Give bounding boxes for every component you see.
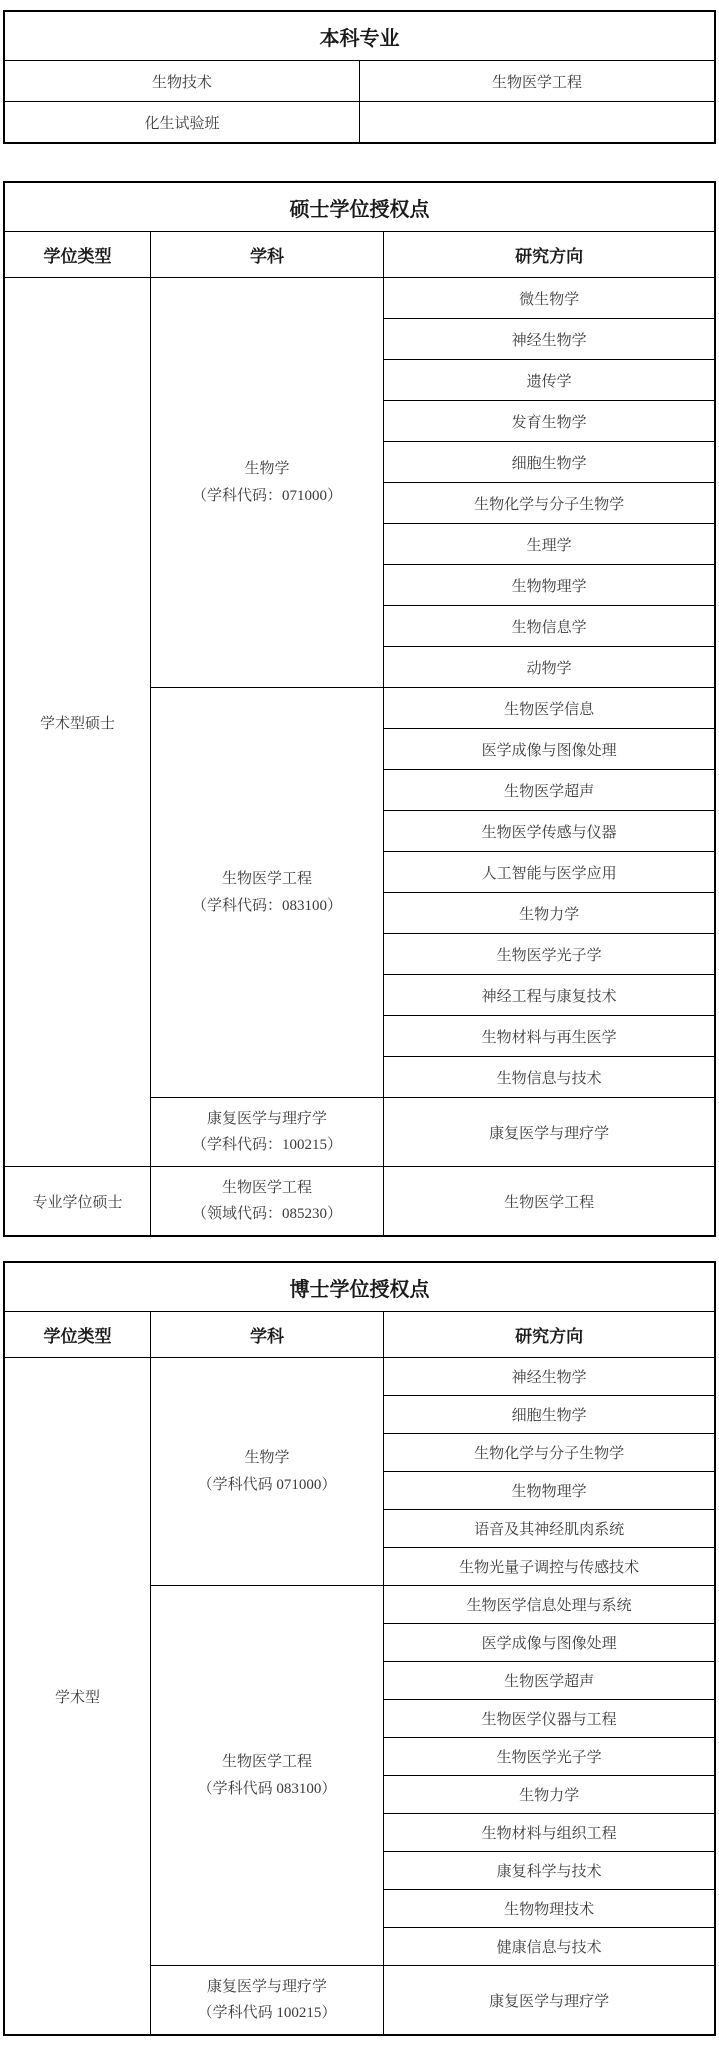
subject-name: 生物医学工程 (155, 1749, 379, 1775)
subject-code: （领域代码：085230） (155, 1201, 379, 1227)
direction-cell: 康复医学与理疗学 (384, 1966, 715, 2036)
master-table-title: 硕士学位授权点 (4, 182, 715, 232)
undergrad-table: 本科专业 生物技术 生物医学工程 化生试验班 (3, 10, 716, 144)
direction-cell: 细胞生物学 (384, 1396, 715, 1434)
direction-cell: 生物医学超声 (384, 770, 715, 811)
subject-name: 生物学 (155, 456, 379, 482)
subject-code: （学科代码：083100） (155, 893, 379, 919)
subject-code: （学科代码：071000） (155, 483, 379, 509)
direction-cell: 生物力学 (384, 1776, 715, 1814)
direction-cell: 生物医学仪器与工程 (384, 1700, 715, 1738)
undergrad-table-title: 本科专业 (4, 11, 715, 61)
direction-cell: 医学成像与图像处理 (384, 729, 715, 770)
direction-cell: 生物医学信息 (384, 688, 715, 729)
direction-cell: 生物医学光子学 (384, 934, 715, 975)
direction-cell: 细胞生物学 (384, 442, 715, 483)
column-header-degree-type: 学位类型 (4, 1312, 150, 1358)
direction-cell: 生物光量子调控与传感技术 (384, 1548, 715, 1586)
subject-cell: 康复医学与理疗学（学科代码 100215） (150, 1966, 383, 2036)
direction-cell: 生物材料与组织工程 (384, 1814, 715, 1852)
subject-cell: 康复医学与理疗学（学科代码：100215） (150, 1098, 383, 1167)
subject-name: 康复医学与理疗学 (155, 1106, 379, 1132)
undergrad-program-cell: 生物医学工程 (360, 61, 716, 102)
direction-cell: 生物医学超声 (384, 1662, 715, 1700)
master-table: 硕士学位授权点 学位类型 学科 研究方向 学术型硕士生物学（学科代码：07100… (3, 181, 716, 1237)
direction-cell: 生物医学传感与仪器 (384, 811, 715, 852)
direction-cell: 生物物理学 (384, 565, 715, 606)
direction-cell: 生物信息与技术 (384, 1057, 715, 1098)
direction-cell: 神经工程与康复技术 (384, 975, 715, 1016)
direction-cell: 康复医学与理疗学 (384, 1098, 715, 1167)
undergrad-program-cell: 生物技术 (4, 61, 360, 102)
subject-name: 生物医学工程 (155, 1175, 379, 1201)
direction-cell: 生物力学 (384, 893, 715, 934)
direction-cell: 生物化学与分子生物学 (384, 1434, 715, 1472)
subject-code: （学科代码 071000） (155, 1472, 379, 1498)
direction-cell: 遗传学 (384, 360, 715, 401)
direction-cell: 康复科学与技术 (384, 1852, 715, 1890)
subject-name: 生物学 (155, 1445, 379, 1471)
subject-cell: 生物学（学科代码 071000） (150, 1358, 383, 1586)
undergrad-program-cell-empty (360, 102, 716, 144)
column-header-subject: 学科 (150, 1312, 383, 1358)
subject-cell: 生物医学工程（学科代码 083100） (150, 1586, 383, 1966)
direction-cell: 医学成像与图像处理 (384, 1624, 715, 1662)
doctor-table-title: 博士学位授权点 (4, 1262, 715, 1312)
direction-cell: 生物物理技术 (384, 1890, 715, 1928)
direction-cell: 生物医学工程 (384, 1167, 715, 1237)
direction-cell: 发育生物学 (384, 401, 715, 442)
direction-cell: 健康信息与技术 (384, 1928, 715, 1966)
direction-cell: 生物信息学 (384, 606, 715, 647)
undergrad-program-cell: 化生试验班 (4, 102, 360, 144)
column-header-direction: 研究方向 (384, 232, 715, 278)
direction-cell: 生物材料与再生医学 (384, 1016, 715, 1057)
direction-cell: 生物医学光子学 (384, 1738, 715, 1776)
subject-cell: 生物医学工程（学科代码：083100） (150, 688, 383, 1098)
direction-cell: 生理学 (384, 524, 715, 565)
column-header-degree-type: 学位类型 (4, 232, 150, 278)
column-header-subject: 学科 (150, 232, 383, 278)
master-table-body: 学术型硕士生物学（学科代码：071000）微生物学神经生物学遗传学发育生物学细胞… (4, 278, 715, 1237)
subject-cell: 生物学（学科代码：071000） (150, 278, 383, 688)
direction-cell: 人工智能与医学应用 (384, 852, 715, 893)
doctor-table: 博士学位授权点 学位类型 学科 研究方向 学术型生物学（学科代码 071000）… (3, 1261, 716, 2036)
subject-name: 生物医学工程 (155, 866, 379, 892)
degree-type-cell: 学术型硕士 (4, 278, 150, 1167)
direction-cell: 微生物学 (384, 278, 715, 319)
direction-cell: 语音及其神经肌肉系统 (384, 1510, 715, 1548)
degree-type-cell: 专业学位硕士 (4, 1167, 150, 1237)
direction-cell: 生物医学信息处理与系统 (384, 1586, 715, 1624)
direction-cell: 生物物理学 (384, 1472, 715, 1510)
doctor-table-body: 学术型生物学（学科代码 071000）神经生物学细胞生物学生物化学与分子生物学生… (4, 1358, 715, 2036)
subject-code: （学科代码 100215） (155, 2000, 379, 2026)
direction-cell: 神经生物学 (384, 1358, 715, 1396)
subject-name: 康复医学与理疗学 (155, 1974, 379, 2000)
direction-cell: 动物学 (384, 647, 715, 688)
subject-code: （学科代码：100215） (155, 1132, 379, 1158)
direction-cell: 生物化学与分子生物学 (384, 483, 715, 524)
degree-type-cell: 学术型 (4, 1358, 150, 2036)
column-header-direction: 研究方向 (384, 1312, 715, 1358)
subject-code: （学科代码 083100） (155, 1776, 379, 1802)
subject-cell: 生物医学工程（领域代码：085230） (150, 1167, 383, 1237)
direction-cell: 神经生物学 (384, 319, 715, 360)
